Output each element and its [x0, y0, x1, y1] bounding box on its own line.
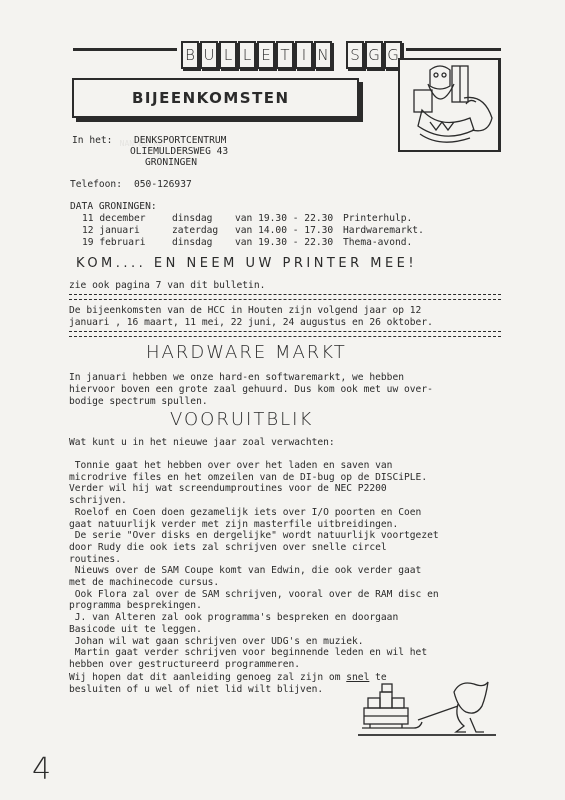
date-row-day: zaterdag: [172, 225, 218, 237]
paragraph-line: programma besprekingen.: [69, 600, 202, 612]
hardware-markt-heading: HARDWARE MARKT: [146, 342, 347, 363]
paragraph-line: routines.: [69, 554, 121, 566]
paragraph-line: Ook Flora zal over de SAM schrijven, voo…: [69, 589, 439, 601]
date-row-date: 11 december: [82, 213, 146, 225]
paragraph-line: bodige spectrum spullen.: [69, 396, 208, 408]
title-letter-tile: L: [238, 41, 256, 69]
date-row-day: dinsdag: [172, 237, 212, 249]
title-letter-tile: I: [295, 41, 313, 69]
paragraph-line: gaat natuurlijk verder met zijn masterfi…: [69, 519, 398, 531]
page-number: 4: [32, 752, 51, 787]
paragraph-line: hiervoor boven een grote zaal gehuurd. D…: [69, 384, 433, 396]
phone-label: Telefoon:: [70, 179, 122, 191]
hcc-notice-line2: januari , 16 maart, 11 mei, 22 juni, 24 …: [69, 317, 433, 329]
date-row-event: Thema-avond.: [343, 237, 412, 249]
venue-label: In het:: [72, 135, 112, 147]
paragraph-line: microdrive files en het omzeilen van de …: [69, 472, 427, 484]
divider-top: [69, 294, 501, 300]
title-letter-tile: B: [181, 41, 199, 69]
paragraph-line: Tonnie gaat het hebben over over het lad…: [69, 460, 392, 472]
paragraph-line: hebben over gestructureerd programmeren.: [69, 659, 300, 671]
paragraph-line: De serie "Over disks en dergelijke" word…: [69, 530, 439, 542]
slogan: KOM.... EN NEEM UW PRINTER MEE!: [76, 256, 417, 271]
divider-bottom: [69, 331, 501, 337]
see-also-note: zie ook pagina 7 van dit bulletin.: [69, 280, 265, 292]
title-letter-tile: E: [257, 41, 275, 69]
venue-city: GRONINGEN: [145, 157, 197, 169]
date-row-event: Hardwaremarkt.: [343, 225, 424, 237]
date-row-time: van 19.30 - 22.30: [235, 213, 333, 225]
paragraph-line: door Rudy die ook iets zal schrijven ove…: [69, 542, 387, 554]
paragraph-line: Johan wil wat gaan schrijven over UDG's …: [69, 636, 364, 648]
vooruitblik-intro: Wat kunt u in het nieuwe jaar zoal verwa…: [69, 437, 335, 449]
title-letter-tile: G: [365, 41, 383, 69]
paragraph-line: Martin gaat verder schrijven voor beginn…: [69, 647, 427, 659]
paragraph-line: In januari hebben we onze hard-en softwa…: [69, 372, 404, 384]
dates-heading: DATA GRONINGEN:: [70, 201, 157, 213]
paragraph-line: schrijven.: [69, 495, 127, 507]
title-spacer: [333, 41, 345, 69]
date-row-day: dinsdag: [172, 213, 212, 225]
title-letter-tile: S: [346, 41, 364, 69]
banner-title: BIJEENKOMSTEN: [132, 89, 290, 107]
closing-line1: Wij hopen dat dit aanleiding genoeg zal …: [69, 672, 387, 684]
title-letter-tile: L: [219, 41, 237, 69]
date-row-date: 12 januari: [82, 225, 140, 237]
hcc-notice-line1: De bijeenkomsten van de HCC in Houten zi…: [69, 305, 421, 317]
paragraph-line: met de machinecode cursus.: [69, 577, 219, 589]
date-row-event: Printerhulp.: [343, 213, 412, 225]
title-letter-tile: U: [200, 41, 218, 69]
title-letter-tile: T: [276, 41, 294, 69]
paragraph-line: Verder wil hij wat screendumproutines vo…: [69, 483, 387, 495]
closing-line2: besluiten of u wel of niet lid wilt blij…: [69, 684, 323, 696]
santa-pulling-sled-icon: [358, 680, 498, 740]
date-row-date: 19 februari: [82, 237, 146, 249]
paragraph-line: J. van Alteren zal ook programma's bespr…: [69, 612, 398, 624]
title-letter-tile: N: [314, 41, 332, 69]
bulletin-title: BULLETINSGG: [177, 41, 406, 69]
santa-with-presents-icon: [398, 58, 501, 152]
vooruitblik-heading: VOORUITBLIK: [170, 409, 313, 430]
paragraph-line: Basicode uit te leggen.: [69, 624, 202, 636]
phone-number: 050-126937: [134, 179, 192, 191]
date-row-time: van 14.00 - 17.30: [235, 225, 333, 237]
paragraph-line: Roelof en Coen doen gezamelijk iets over…: [69, 507, 421, 519]
date-row-time: van 19.30 - 22.30: [235, 237, 333, 249]
paragraph-line: Nieuws over de SAM Coupe komt van Edwin,…: [69, 565, 421, 577]
closing-text: Wij hopen dat dit aanleiding genoeg zal …: [69, 672, 346, 683]
section-banner: BIJEENKOMSTEN: [72, 78, 359, 118]
